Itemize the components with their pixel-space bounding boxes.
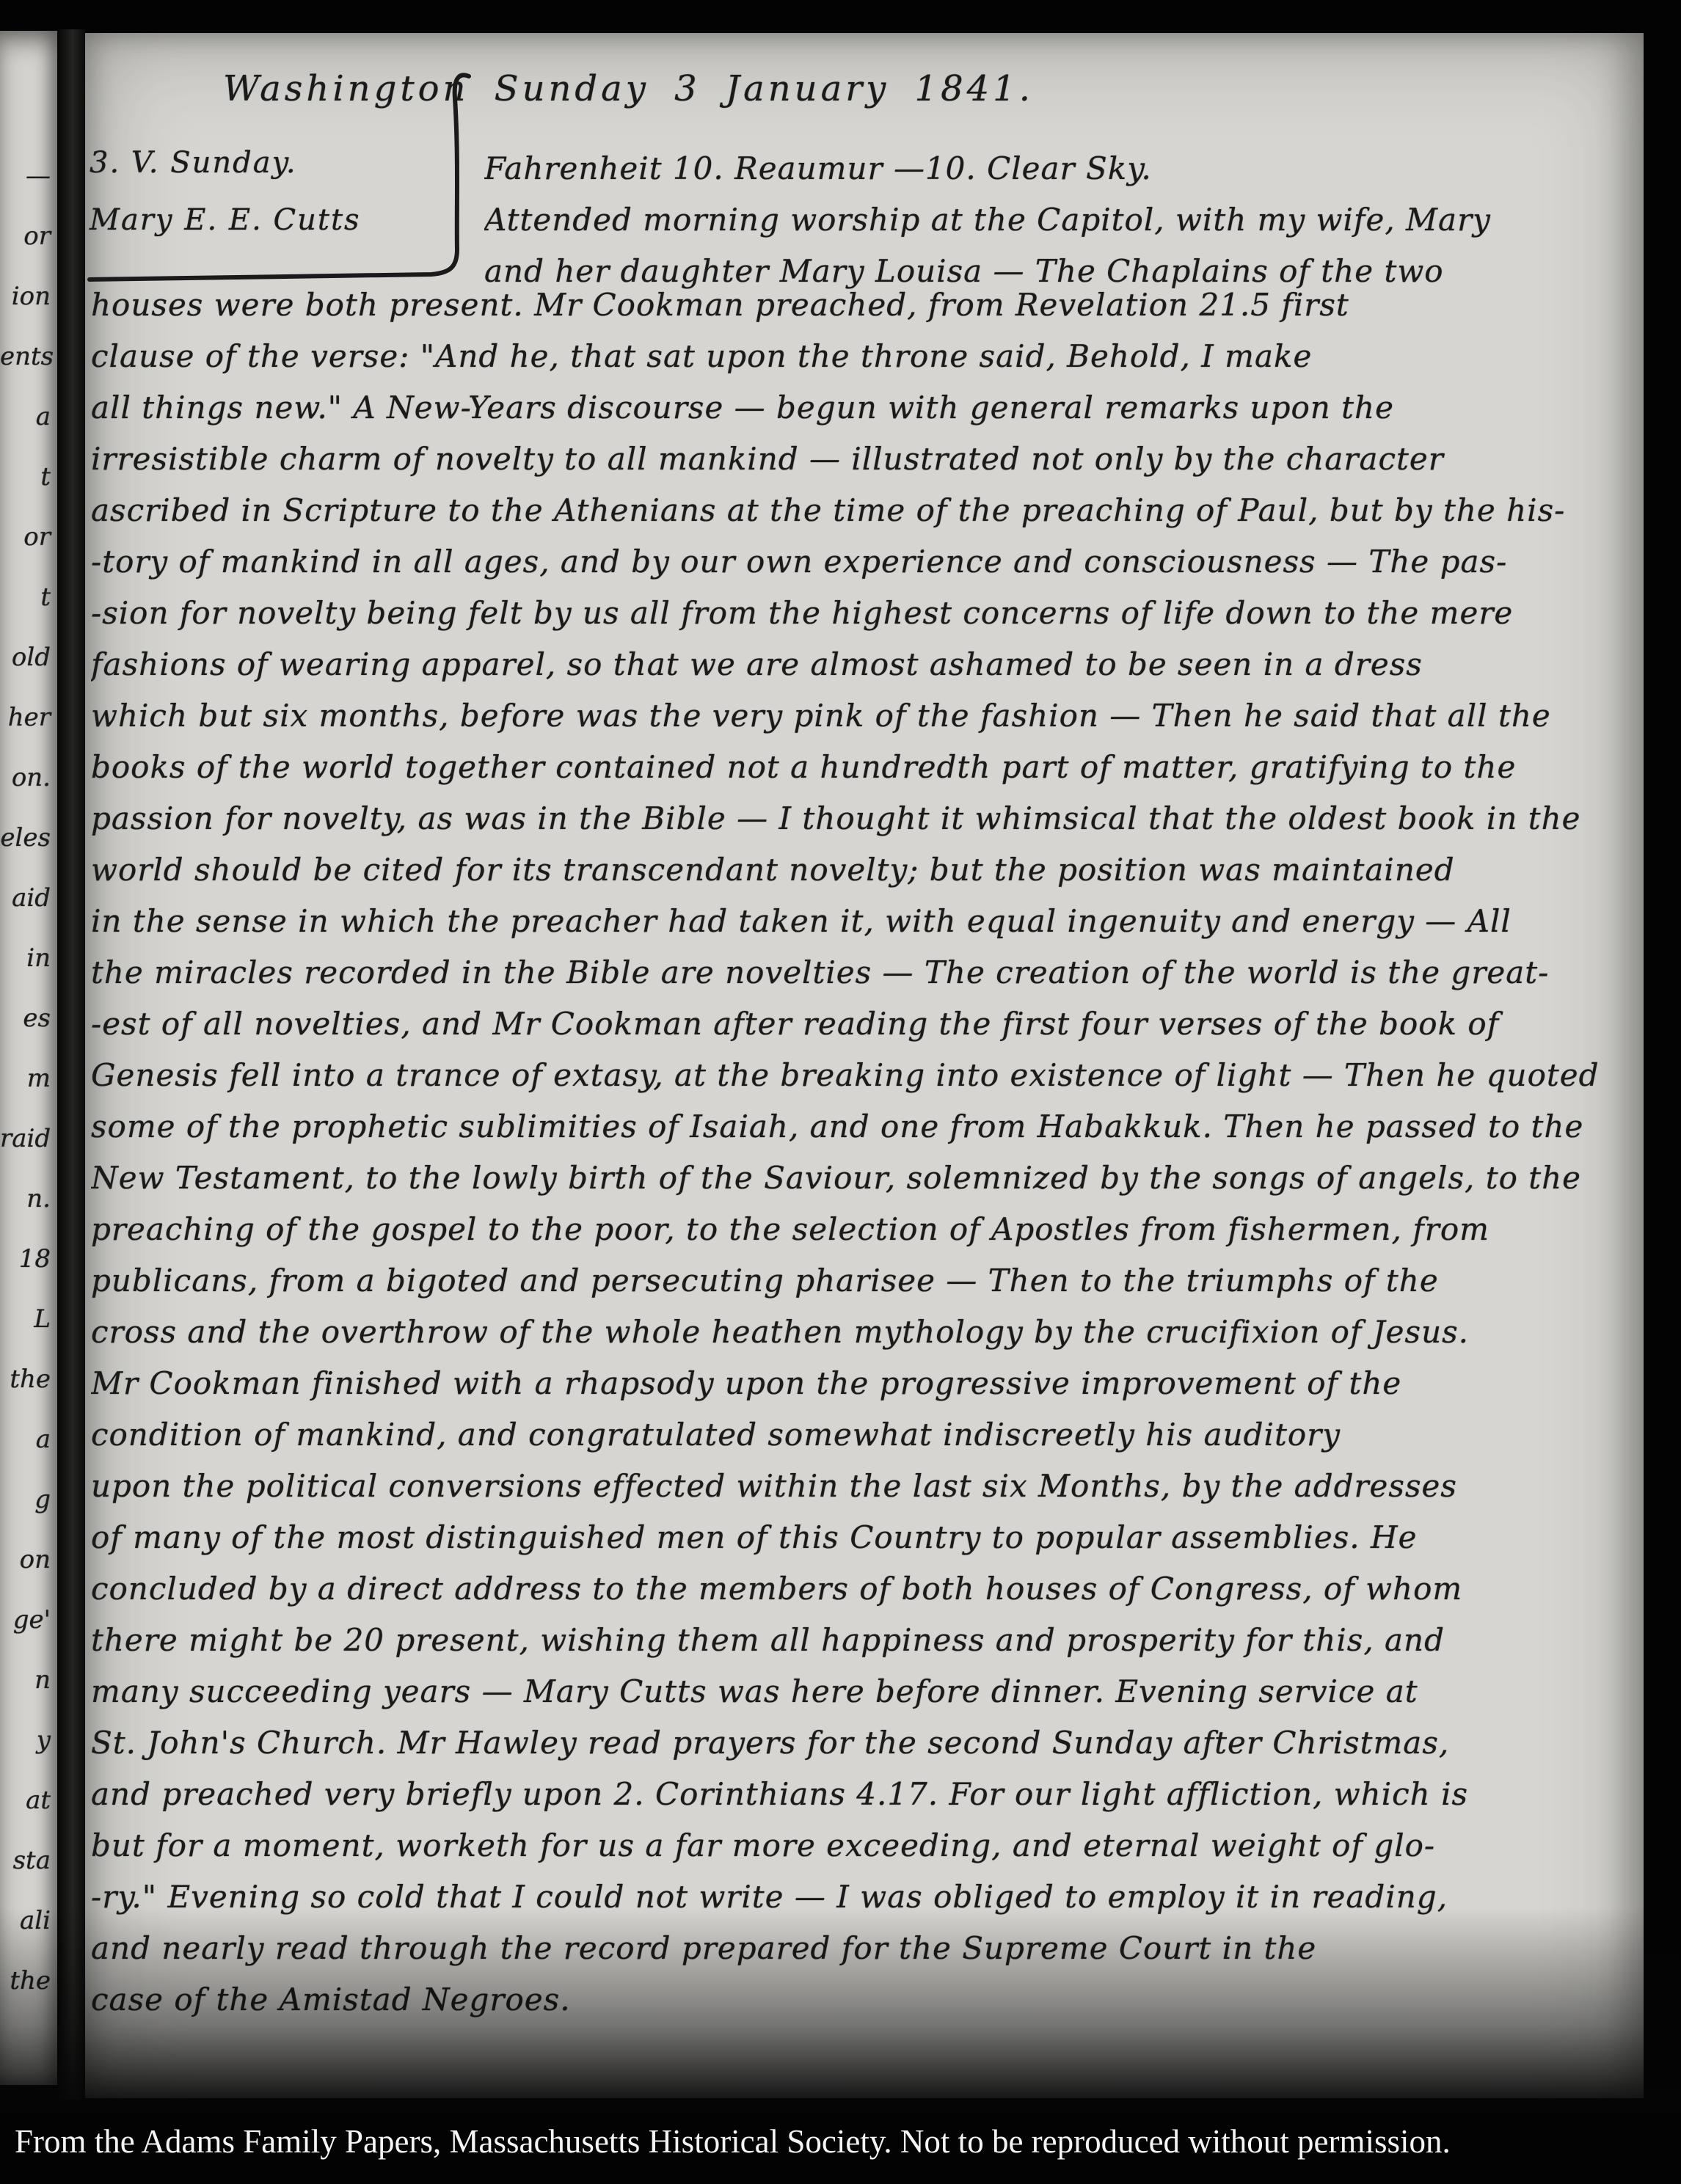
adjacent-page-text-fragment: a xyxy=(0,1417,54,1478)
page-bottom-shadow xyxy=(0,1907,1681,2120)
margin-annotation: 3. V. Sunday. Mary E. E. Cutts xyxy=(90,134,442,249)
manuscript-line: world should be cited for its transcenda… xyxy=(91,844,1639,896)
adjacent-page-text-fragment: a xyxy=(0,395,54,455)
adjacent-page-text-fragment: ents xyxy=(0,335,54,395)
facing-page-edge: — or ion ents a t or t old her on. eles … xyxy=(0,31,57,2085)
manuscript-line: books of the world together contained no… xyxy=(91,742,1639,793)
manuscript-line: Attended morning worship at the Capitol,… xyxy=(484,194,1636,246)
manuscript-line: clause of the verse: "And he, that sat u… xyxy=(91,331,1639,382)
manuscript-line: many succeeding years — Mary Cutts was h… xyxy=(91,1666,1639,1717)
manuscript-line: some of the prophetic sublimities of Isa… xyxy=(91,1101,1639,1153)
adjacent-page-text-fragment: eles xyxy=(0,816,54,876)
margin-note-day: 3. V. Sunday. xyxy=(90,134,442,191)
manuscript-page: Washington Sunday 3 January 1841. 3. V. … xyxy=(85,33,1644,2098)
manuscript-line: and preached very briefly upon 2. Corint… xyxy=(91,1769,1639,1820)
manuscript-line: which but six months, before was the ver… xyxy=(91,690,1639,742)
manuscript-line: in the sense in which the preacher had t… xyxy=(91,896,1639,947)
weather-line: Fahrenheit 10. Reaumur —10. Clear Sky. xyxy=(484,143,1636,194)
adjacent-page-text-fragment: t xyxy=(0,575,54,635)
manuscript-line: New Testament, to the lowly birth of the… xyxy=(91,1153,1639,1204)
book-gutter-shadow xyxy=(57,29,85,2100)
adjacent-page-text-fragment: raid xyxy=(0,1117,54,1177)
manuscript-line: -sion for novelty being felt by us all f… xyxy=(91,588,1639,639)
manuscript-line: condition of mankind, and congratulated … xyxy=(91,1409,1639,1461)
manuscript-line: publicans, from a bigoted and persecutin… xyxy=(91,1255,1639,1307)
manuscript-line: irresistible charm of novelty to all man… xyxy=(91,434,1639,485)
facing-page-fragment-column: — or ion ents a t or t old her on. eles … xyxy=(0,154,54,2019)
adjacent-page-text-fragment: on. xyxy=(0,756,54,816)
manuscript-line: upon the political conversions effected … xyxy=(91,1461,1639,1512)
manuscript-line: there might be 20 present, wishing them … xyxy=(91,1615,1639,1666)
entry-dateline: Washington Sunday 3 January 1841. xyxy=(223,68,1034,109)
adjacent-page-text-fragment: 18 xyxy=(0,1237,54,1297)
manuscript-line: houses were both present. Mr Cookman pre… xyxy=(91,280,1639,331)
manuscript-line: -tory of mankind in all ages, and by our… xyxy=(91,536,1639,588)
manuscript-line: of many of the most distinguished men of… xyxy=(91,1512,1639,1563)
adjacent-page-text-fragment: ion xyxy=(0,274,54,335)
manuscript-line: concluded by a direct address to the mem… xyxy=(91,1563,1639,1615)
adjacent-page-text-fragment: — xyxy=(0,154,54,214)
adjacent-page-text-fragment: m xyxy=(0,1056,54,1117)
adjacent-page-text-fragment: n xyxy=(0,1658,54,1718)
adjacent-page-text-fragment: es xyxy=(0,996,54,1056)
adjacent-page-text-fragment: n. xyxy=(0,1177,54,1237)
adjacent-page-text-fragment: or xyxy=(0,214,54,274)
manuscript-line: St. John's Church. Mr Hawley read prayer… xyxy=(91,1717,1639,1769)
manuscript-line: fashions of wearing apparel, so that we … xyxy=(91,639,1639,690)
adjacent-page-text-fragment: L xyxy=(0,1297,54,1357)
adjacent-page-text-fragment: sta xyxy=(0,1838,54,1899)
adjacent-page-text-fragment: g xyxy=(0,1478,54,1538)
manuscript-line: Genesis fell into a trance of extasy, at… xyxy=(91,1050,1639,1101)
manuscript-line: preaching of the gospel to the poor, to … xyxy=(91,1204,1639,1255)
manuscript-line: all things new." A New-Years discourse —… xyxy=(91,382,1639,434)
adjacent-page-text-fragment: aid xyxy=(0,876,54,936)
adjacent-page-text-fragment: at xyxy=(0,1778,54,1838)
adjacent-page-text-fragment: her xyxy=(0,695,54,756)
adjacent-page-text-fragment: ge' xyxy=(0,1598,54,1658)
margin-note-name: Mary E. E. Cutts xyxy=(90,191,442,249)
manuscript-line: the miracles recorded in the Bible are n… xyxy=(91,947,1639,998)
entry-body: houses were both present. Mr Cookman pre… xyxy=(91,280,1639,2026)
manuscript-line: passion for novelty, as was in the Bible… xyxy=(91,793,1639,844)
manuscript-line: -est of all novelties, and Mr Cookman af… xyxy=(91,998,1639,1050)
opening-lines: Fahrenheit 10. Reaumur —10. Clear Sky. A… xyxy=(484,143,1636,297)
manuscript-line: cross and the overthrow of the whole hea… xyxy=(91,1307,1639,1358)
manuscript-line: but for a moment, worketh for us a far m… xyxy=(91,1820,1639,1871)
adjacent-page-text-fragment: y xyxy=(0,1718,54,1778)
adjacent-page-text-fragment: old xyxy=(0,635,54,695)
scanned-diary-page: { "document": { "heading": "Washington S… xyxy=(0,0,1681,2184)
manuscript-line: Mr Cookman finished with a rhapsody upon… xyxy=(91,1358,1639,1409)
manuscript-line: ascribed in Scripture to the Athenians a… xyxy=(91,485,1639,536)
adjacent-page-text-fragment: the xyxy=(0,1357,54,1417)
adjacent-page-text-fragment: t xyxy=(0,455,54,515)
adjacent-page-text-fragment: on xyxy=(0,1538,54,1598)
archive-credit-caption: From the Adams Family Papers, Massachuse… xyxy=(15,2122,1673,2161)
adjacent-page-text-fragment: or xyxy=(0,515,54,575)
adjacent-page-text-fragment: in xyxy=(0,936,54,996)
